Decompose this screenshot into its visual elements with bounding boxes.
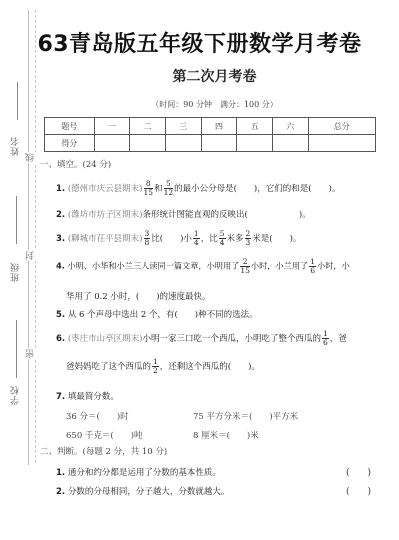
fraction: 16 bbox=[322, 330, 329, 347]
question-1-6-line2: 爸妈妈吃了这个西瓜的12，还剩这个西瓜的( )。 bbox=[66, 358, 260, 375]
cell-part-1: 一 bbox=[94, 118, 130, 135]
q-text: 分数的分母相同，分子越大，分数就越大。 bbox=[68, 487, 230, 497]
score-input-6[interactable] bbox=[272, 135, 308, 152]
fraction: 14 bbox=[193, 230, 200, 247]
section-2-heading: 二、判断。(每题 2 分，共 10 分) bbox=[40, 445, 167, 457]
q-text: 填最简分数。 bbox=[68, 392, 119, 402]
fraction: 215 bbox=[240, 258, 250, 275]
cell-score-label: 得分 bbox=[45, 135, 95, 152]
name-blank-line bbox=[17, 82, 18, 120]
school-blank-line bbox=[16, 320, 17, 378]
fraction: 23 bbox=[245, 230, 252, 247]
q-number: 3. bbox=[56, 234, 65, 244]
q7-item-1: 36 分＝( )时 bbox=[66, 410, 129, 422]
question-1-5: 5. 从 6 个声母中选出 2 个，有( )种不同的选法。 bbox=[56, 308, 258, 320]
judge-item-1: 1. 通分和约分都是运用了分数的基本性质。 bbox=[56, 466, 221, 478]
score-input-2[interactable] bbox=[130, 135, 166, 152]
cell-part-3: 三 bbox=[165, 118, 201, 135]
question-1-4-line2: 华用了 0.2 小时，( )的速度最快。 bbox=[66, 290, 211, 302]
fraction: 16 bbox=[309, 258, 316, 275]
q-number: 5. bbox=[56, 310, 65, 320]
fraction: 38 bbox=[144, 230, 151, 247]
class-blank-line bbox=[16, 196, 17, 244]
q-text: 条形统计图能直观的反映出( )。 bbox=[143, 210, 311, 220]
binding-line-outer bbox=[28, 10, 29, 465]
seal-secret-char: 密 bbox=[24, 348, 37, 359]
fraction: 512 bbox=[164, 180, 174, 197]
seal-seal-char: 封 bbox=[24, 250, 37, 261]
judge-item-2: 2. 分数的分母相同，分子越大，分数就越大。 bbox=[56, 485, 229, 497]
q7-item-4: 8 厘米＝( )米 bbox=[193, 429, 259, 441]
question-1-7: 7. 填最简分数。 bbox=[56, 390, 119, 402]
question-1-4: 4. 小明、小华和小兰三人读同一篇文章，小明用了215小时，小兰用了16小时，小 bbox=[56, 258, 350, 275]
judge-answer-box-1[interactable]: ( ) bbox=[346, 465, 371, 478]
q-number: 6. bbox=[56, 334, 65, 344]
q-source: (德州市庆云县期末) bbox=[68, 184, 143, 194]
section-1-heading: 一、填空。(24 分) bbox=[40, 158, 111, 170]
cell-part-2: 二 bbox=[130, 118, 166, 135]
q-number: 1. bbox=[56, 468, 65, 478]
score-table: 题号 一 二 三 四 五 六 总分 得分 bbox=[44, 117, 376, 152]
score-input-1[interactable] bbox=[94, 135, 130, 152]
cell-part-4: 四 bbox=[201, 118, 237, 135]
judge-answer-box-2[interactable]: ( ) bbox=[346, 484, 371, 497]
q-source: (聊城市茌平县期末) bbox=[68, 234, 143, 244]
fraction: 815 bbox=[144, 180, 154, 197]
question-1-1: 1. (德州市庆云县期末)815和512的最小公分母是( )，它们的和是( )。 bbox=[56, 180, 340, 197]
q-number: 2. bbox=[56, 487, 65, 497]
fraction: 54 bbox=[219, 230, 226, 247]
score-input-4[interactable] bbox=[201, 135, 237, 152]
score-input-total[interactable] bbox=[308, 135, 375, 152]
score-table-header-row: 题号 一 二 三 四 五 六 总分 bbox=[45, 118, 376, 135]
q-number: 2. bbox=[56, 210, 65, 220]
q7-item-3: 650 千克＝( )吨 bbox=[66, 429, 143, 441]
question-1-3: 3. (聊城市茌平县期末)38比( )小14，比54米多23米是( )。 bbox=[56, 230, 301, 247]
name-label: 姓名 bbox=[9, 136, 22, 156]
cell-question-no: 题号 bbox=[45, 118, 95, 135]
score-table-score-row: 得分 bbox=[45, 135, 376, 152]
exam-title: 63青岛版五年级下册数学月考卷 bbox=[0, 27, 399, 58]
q-number: 7. bbox=[56, 392, 65, 402]
school-label: 学校 bbox=[9, 385, 22, 405]
question-1-6: 6. (枣庄市山亭区期末)小明一家三口吃一个西瓜，小明吃了整个西瓜的16，爸 bbox=[56, 330, 347, 347]
q-text: 从 6 个声母中选出 2 个，有( )种不同的选法。 bbox=[68, 310, 258, 320]
q-number: 1. bbox=[56, 184, 65, 194]
q-source: (潍坊市坊子区期末) bbox=[68, 210, 143, 220]
fraction: 12 bbox=[152, 358, 159, 375]
cell-part-6: 六 bbox=[272, 118, 308, 135]
score-input-3[interactable] bbox=[165, 135, 201, 152]
score-input-5[interactable] bbox=[237, 135, 273, 152]
class-label: 班级 bbox=[9, 262, 22, 282]
q7-item-2: 75 平方分米＝( )平方米 bbox=[193, 410, 298, 422]
cell-part-5: 五 bbox=[237, 118, 273, 135]
seal-line-char: 线 bbox=[24, 152, 37, 163]
q-text: 通分和约分都是运用了分数的基本性质。 bbox=[68, 468, 221, 478]
question-1-2: 2. (潍坊市坊子区期末)条形统计图能直观的反映出( )。 bbox=[56, 208, 311, 220]
exam-info: （时间：90 分钟 满分：100 分） bbox=[30, 99, 399, 110]
q-number: 4. bbox=[56, 261, 65, 271]
cell-total: 总分 bbox=[308, 118, 375, 135]
q-source: (枣庄市山亭区期末) bbox=[68, 334, 143, 344]
exam-subtitle: 第二次月考卷 bbox=[30, 66, 399, 86]
